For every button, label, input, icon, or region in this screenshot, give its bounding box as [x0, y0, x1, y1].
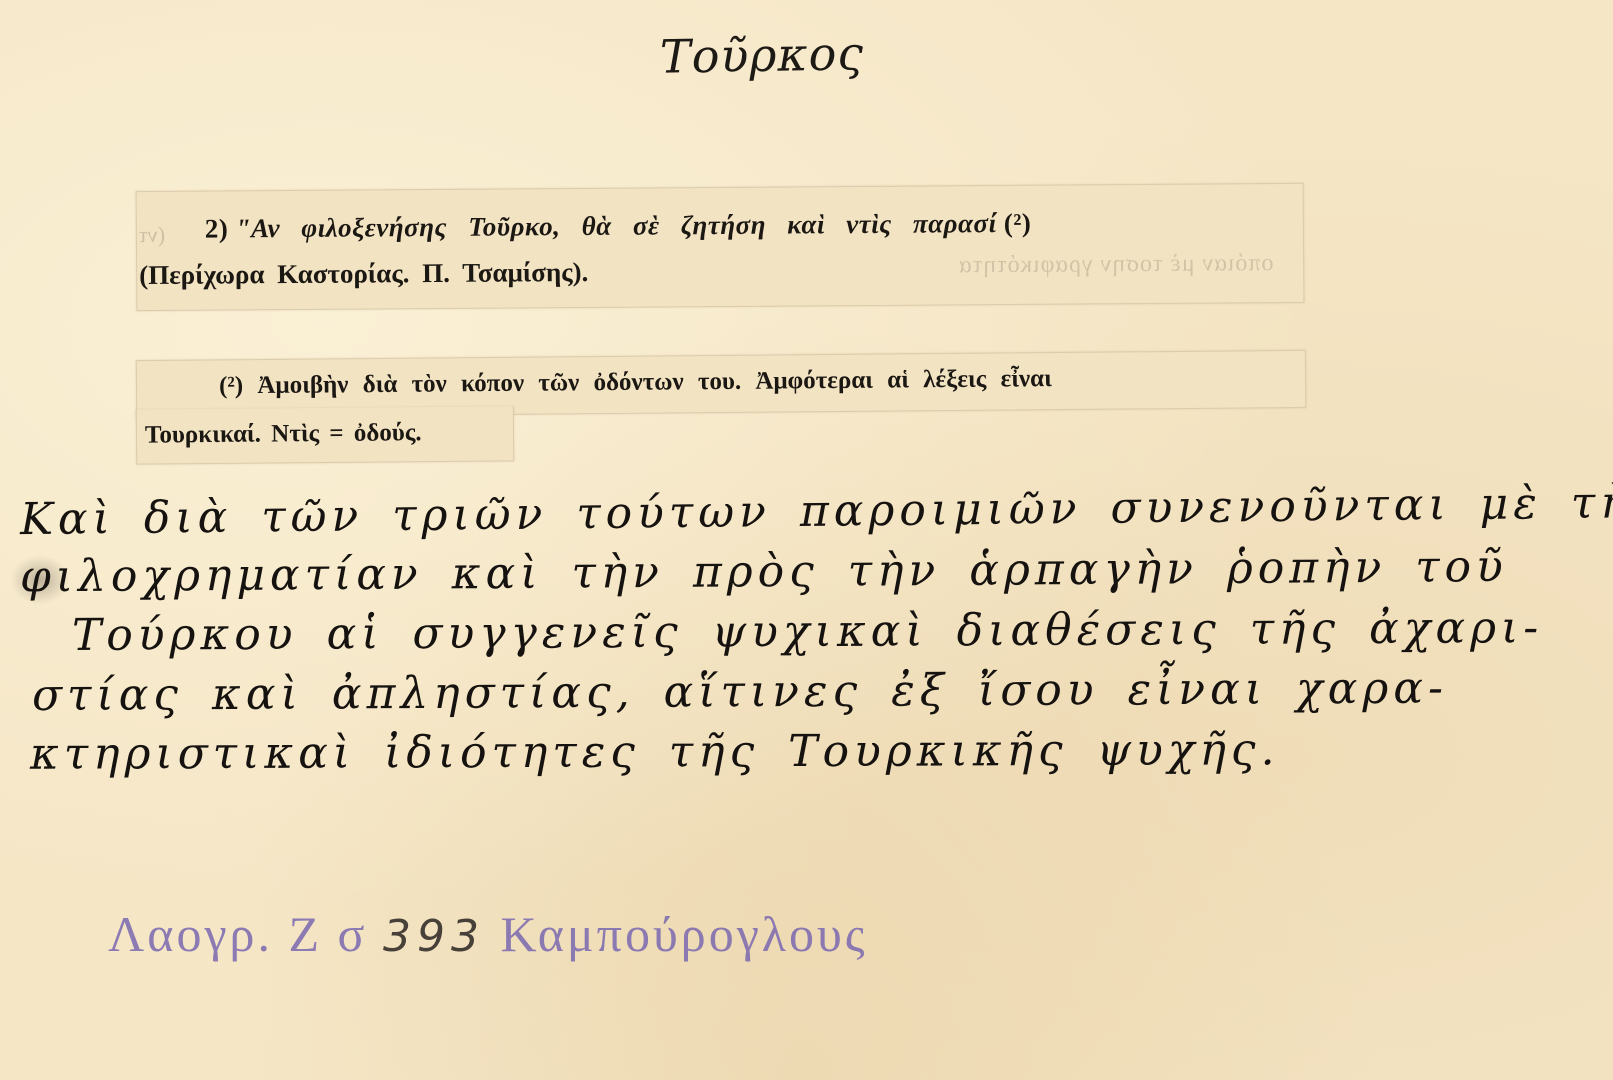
archive-stamp: Λαογρ. Ζ σ 393 Καμπούρογλους [108, 905, 868, 963]
proverb-line: 2) "Αν φιλοξενήσης Τοῦρκο, θὰ σὲ ζητήση … [205, 208, 1032, 245]
proverb-clipping: (ντ οπόιαν μὲ τοσην γραφικότητα 2) "Αν φ… [136, 183, 1305, 311]
stamp-number: 393 [383, 911, 485, 962]
handwritten-note: Καὶ διὰ τῶν τριῶν τούτων παροιμιῶν συνεν… [20, 482, 1580, 782]
footnote-line-1: (²) Ἀμοιβὴν διὰ τὸν κόπον τῶν ὀδόντων το… [219, 365, 1052, 400]
handwritten-line: φιλοχρηματίαν καὶ τὴν πρὸς τὴν ἁρπαγὴν ῥ… [20, 537, 1580, 608]
footnote-text-1: Ἀμοιβὴν διὰ τὸν κόπον τῶν ὀδόντων του. Ἀ… [257, 365, 1052, 399]
proverb-source: (Περίχωρα Καστορίας. Π. Τσαμίσης). [139, 257, 588, 291]
handwritten-line: Τούρκου αἱ συγγενεῖς ψυχικαὶ διαθέσεις τ… [72, 598, 1580, 666]
footnote-marker: (²) [219, 372, 243, 399]
stamp-collector: Καμπούρογλους [500, 906, 867, 962]
bleed-through-text: οπόιαν μὲ τοσην γραφικότητα [958, 250, 1274, 279]
proverb-number: 2) [205, 213, 229, 243]
footnote-line-2: Τουρκικαί. Ντὶς = ὀδούς. [145, 419, 422, 449]
footnote-clipping-tail: Τουρκικαί. Ντὶς = ὀδούς. [136, 406, 514, 464]
stamp-prefix: Λαογρ. Ζ σ [108, 906, 368, 962]
footnote-reference: (²) [1004, 208, 1032, 238]
proverb-text: "Αν φιλοξενήσης Τοῦρκο, θὰ σὲ ζητήση καὶ… [236, 208, 997, 243]
handwritten-line: κτηριστικαὶ ἰδιότητες τῆς Τουρκικῆς ψυχῆ… [30, 719, 1580, 784]
handwritten-line: στίας καὶ ἀπληστίας, αἵτινες ἐξ ἴσου εἶν… [32, 658, 1580, 726]
bleed-through-left: (ντ [139, 222, 165, 248]
card-heading: Τοῦρκος [660, 26, 865, 84]
